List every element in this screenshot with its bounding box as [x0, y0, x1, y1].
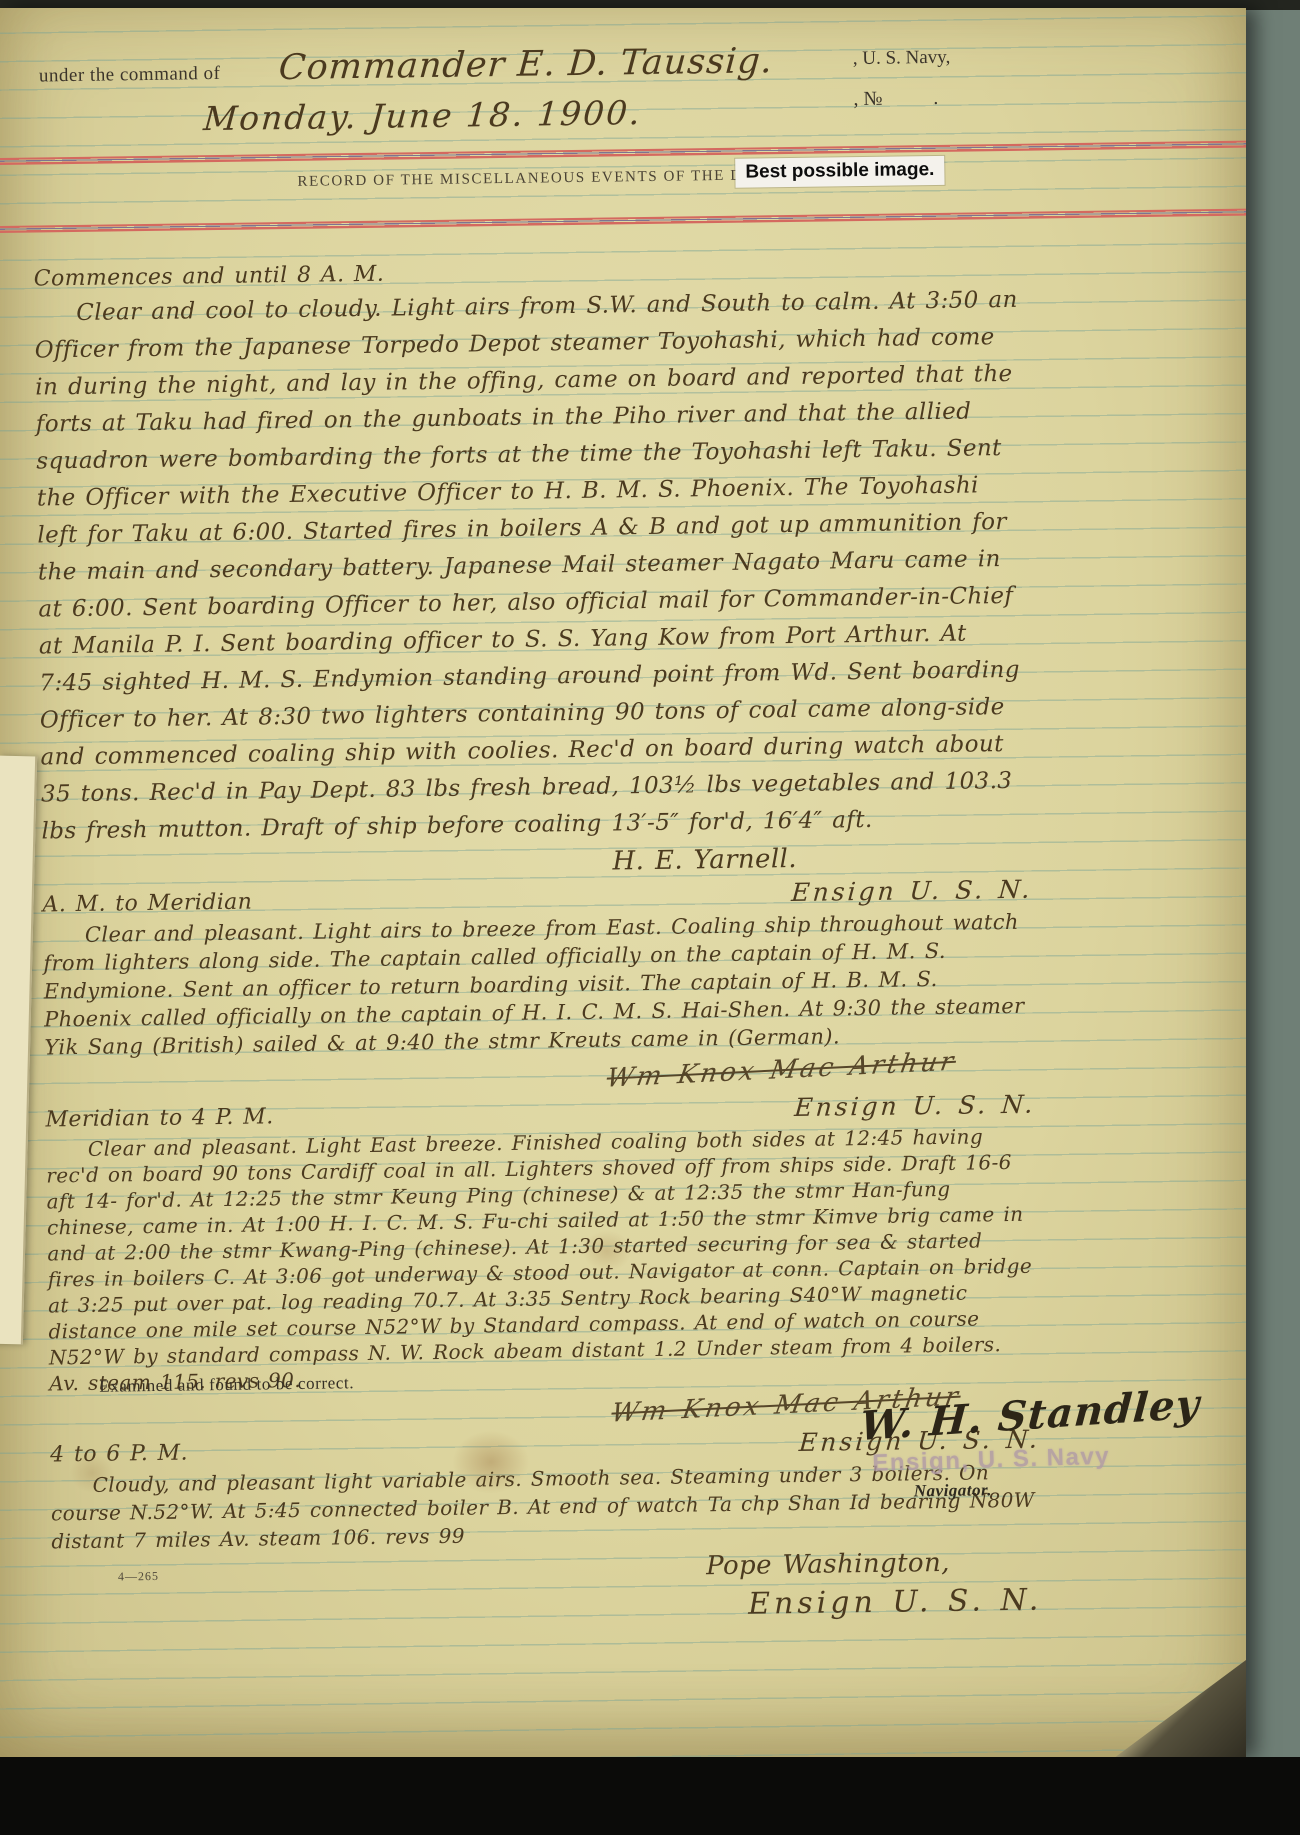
form-number: 4—265 — [118, 1569, 159, 1585]
commander-name-handwritten: Commander E. D. Taussig. — [277, 41, 774, 88]
watch-entry-meridian-to-4pm: Clear and pleasant. Light East breeze. F… — [46, 1123, 1040, 1397]
signature-title-ensign: Ensign U. S. N. — [790, 873, 1034, 910]
navigator-label: Navigator. — [914, 1480, 992, 1501]
watch-entry-am-to-meridian: Clear and pleasant. Light airs to breeze… — [43, 908, 1035, 1062]
record-of-events-title: RECORD OF THE MISCELLANEOUS EVENTS OF TH… — [297, 167, 769, 191]
watch-heading-am-to-meridian: A. M. to Meridian — [42, 887, 252, 922]
printed-number-label: , № — [853, 88, 882, 111]
signature-title-ensign: Ensign U. S. N. — [793, 1088, 1037, 1125]
printed-under-command-label: under the command of — [39, 63, 221, 88]
scan-bottom-edge — [0, 1757, 1300, 1835]
red-rule-top — [0, 140, 1246, 165]
watch-heading-4-to-6pm: 4 to 6 P. M. — [50, 1438, 188, 1472]
printed-number-period: . — [933, 87, 938, 110]
examined-correct-label: Examined and found to be correct. — [99, 1373, 354, 1397]
page-content: under the command of Commander E. D. Tau… — [0, 8, 1246, 1758]
scan-backdrop: under the command of Commander E. D. Tau… — [0, 0, 1300, 1835]
watch-entry-commences: Clear and cool to cloudy. Light airs fro… — [34, 282, 1032, 851]
date-line-handwritten: Monday. June 18. 1900. — [202, 93, 643, 138]
red-rule-bottom — [0, 208, 1246, 233]
watch-heading-meridian-to-4pm: Meridian to 4 P. M. — [45, 1101, 273, 1136]
logbook-page: under the command of Commander E. D. Tau… — [0, 8, 1246, 1758]
printed-us-navy-label: , U. S. Navy, — [853, 47, 951, 70]
best-possible-image-label: Best possible image. — [735, 156, 944, 188]
ensign-navy-stamp: Ensign, U. S. Navy — [872, 1443, 1110, 1478]
